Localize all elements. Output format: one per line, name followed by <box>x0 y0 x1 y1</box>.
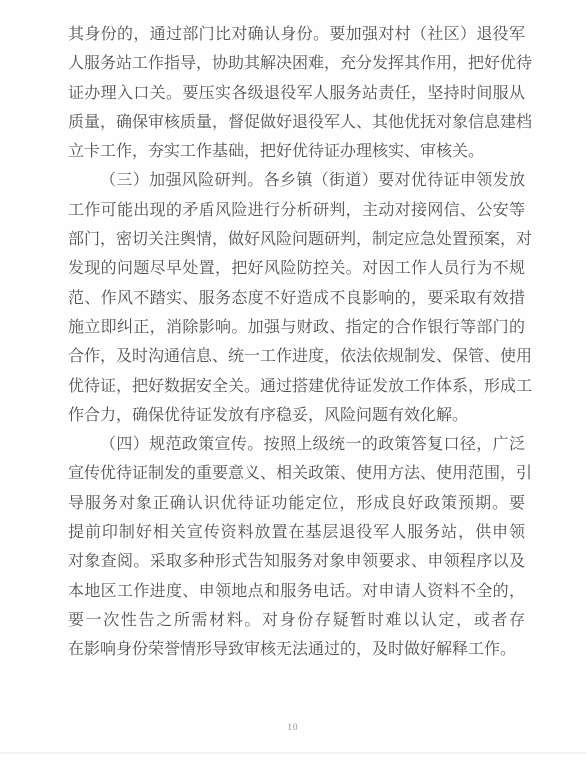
text-line: 宣传优待证制发的重要意义、相关政策、使用方法、使用范围，引 <box>68 459 525 488</box>
text-line: 发现的问题尽早处置，把好风险防控关。对因工作人员行为不规 <box>68 254 525 283</box>
text-line: 工作可能出现的矛盾风险进行分析研判，主动对接网信、公安等 <box>68 196 525 225</box>
text-line: 作合力，确保优待证发放有序稳妥，风险问题有效化解。 <box>68 401 525 430</box>
text-line: 人服务站工作指导，协助其解决困难，充分发挥其作用，把好优待 <box>68 49 525 78</box>
document-page: 其身份的，通过部门比对确认身份。要加强对村（社区）退役军人服务站工作指导，协助其… <box>0 0 586 762</box>
text-line: 合作，及时沟通信息、统一工作进度，依法依规制发、保管、使用 <box>68 342 525 371</box>
page-number: 10 <box>0 722 586 732</box>
document-body: 其身份的，通过部门比对确认身份。要加强对村（社区）退役军人服务站工作指导，协助其… <box>68 20 525 665</box>
text-line: 要一次性告之所需材料。对身份存疑暂时难以认定，或者存 <box>68 606 525 635</box>
text-line: 立卡工作，夯实工作基础，把好优待证办理核实、审核关。 <box>68 137 525 166</box>
text-line: 部门，密切关注舆情，做好风险问题研判，制定应急处置预案，对 <box>68 225 525 254</box>
text-line: （三）加强风险研判。各乡镇（街道）要对优待证申领发放 <box>68 166 525 195</box>
scan-edge-shadow <box>0 752 586 754</box>
text-line: 质量，确保审核质量，督促做好退役军人、其他优抚对象信息建档 <box>68 108 525 137</box>
text-line: 施立即纠正，消除影响。加强与财政、指定的合作银行等部门的 <box>68 313 525 342</box>
document-screenshot: { "document": { "colors": { "background"… <box>0 0 586 762</box>
text-line: 在影响身份荣誉情形导致审核无法通过的，及时做好解释工作。 <box>68 635 525 664</box>
text-line: 本地区工作进度、申领地点和服务电话。对申请人资料不全的， <box>68 577 525 606</box>
text-line: 对象查阅。采取多种形式告知服务对象申领要求、申领程序以及 <box>68 547 525 576</box>
text-line: 提前印制好相关宣传资料放置在基层退役军人服务站，供申领 <box>68 518 525 547</box>
text-line: 导服务对象正确认识优待证功能定位，形成良好政策预期。要 <box>68 489 525 518</box>
text-line: （四）规范政策宣传。按照上级统一的政策答复口径，广泛 <box>68 430 525 459</box>
text-line: 范、作风不踏实、服务态度不好造成不良影响的，要采取有效措 <box>68 284 525 313</box>
text-line: 优待证，把好数据安全关。通过搭建优待证发放工作体系，形成工 <box>68 372 525 401</box>
text-line: 证办理入口关。要压实各级退役军人服务站责任，坚持时间服从 <box>68 79 525 108</box>
text-line: 其身份的，通过部门比对确认身份。要加强对村（社区）退役军 <box>68 20 525 49</box>
